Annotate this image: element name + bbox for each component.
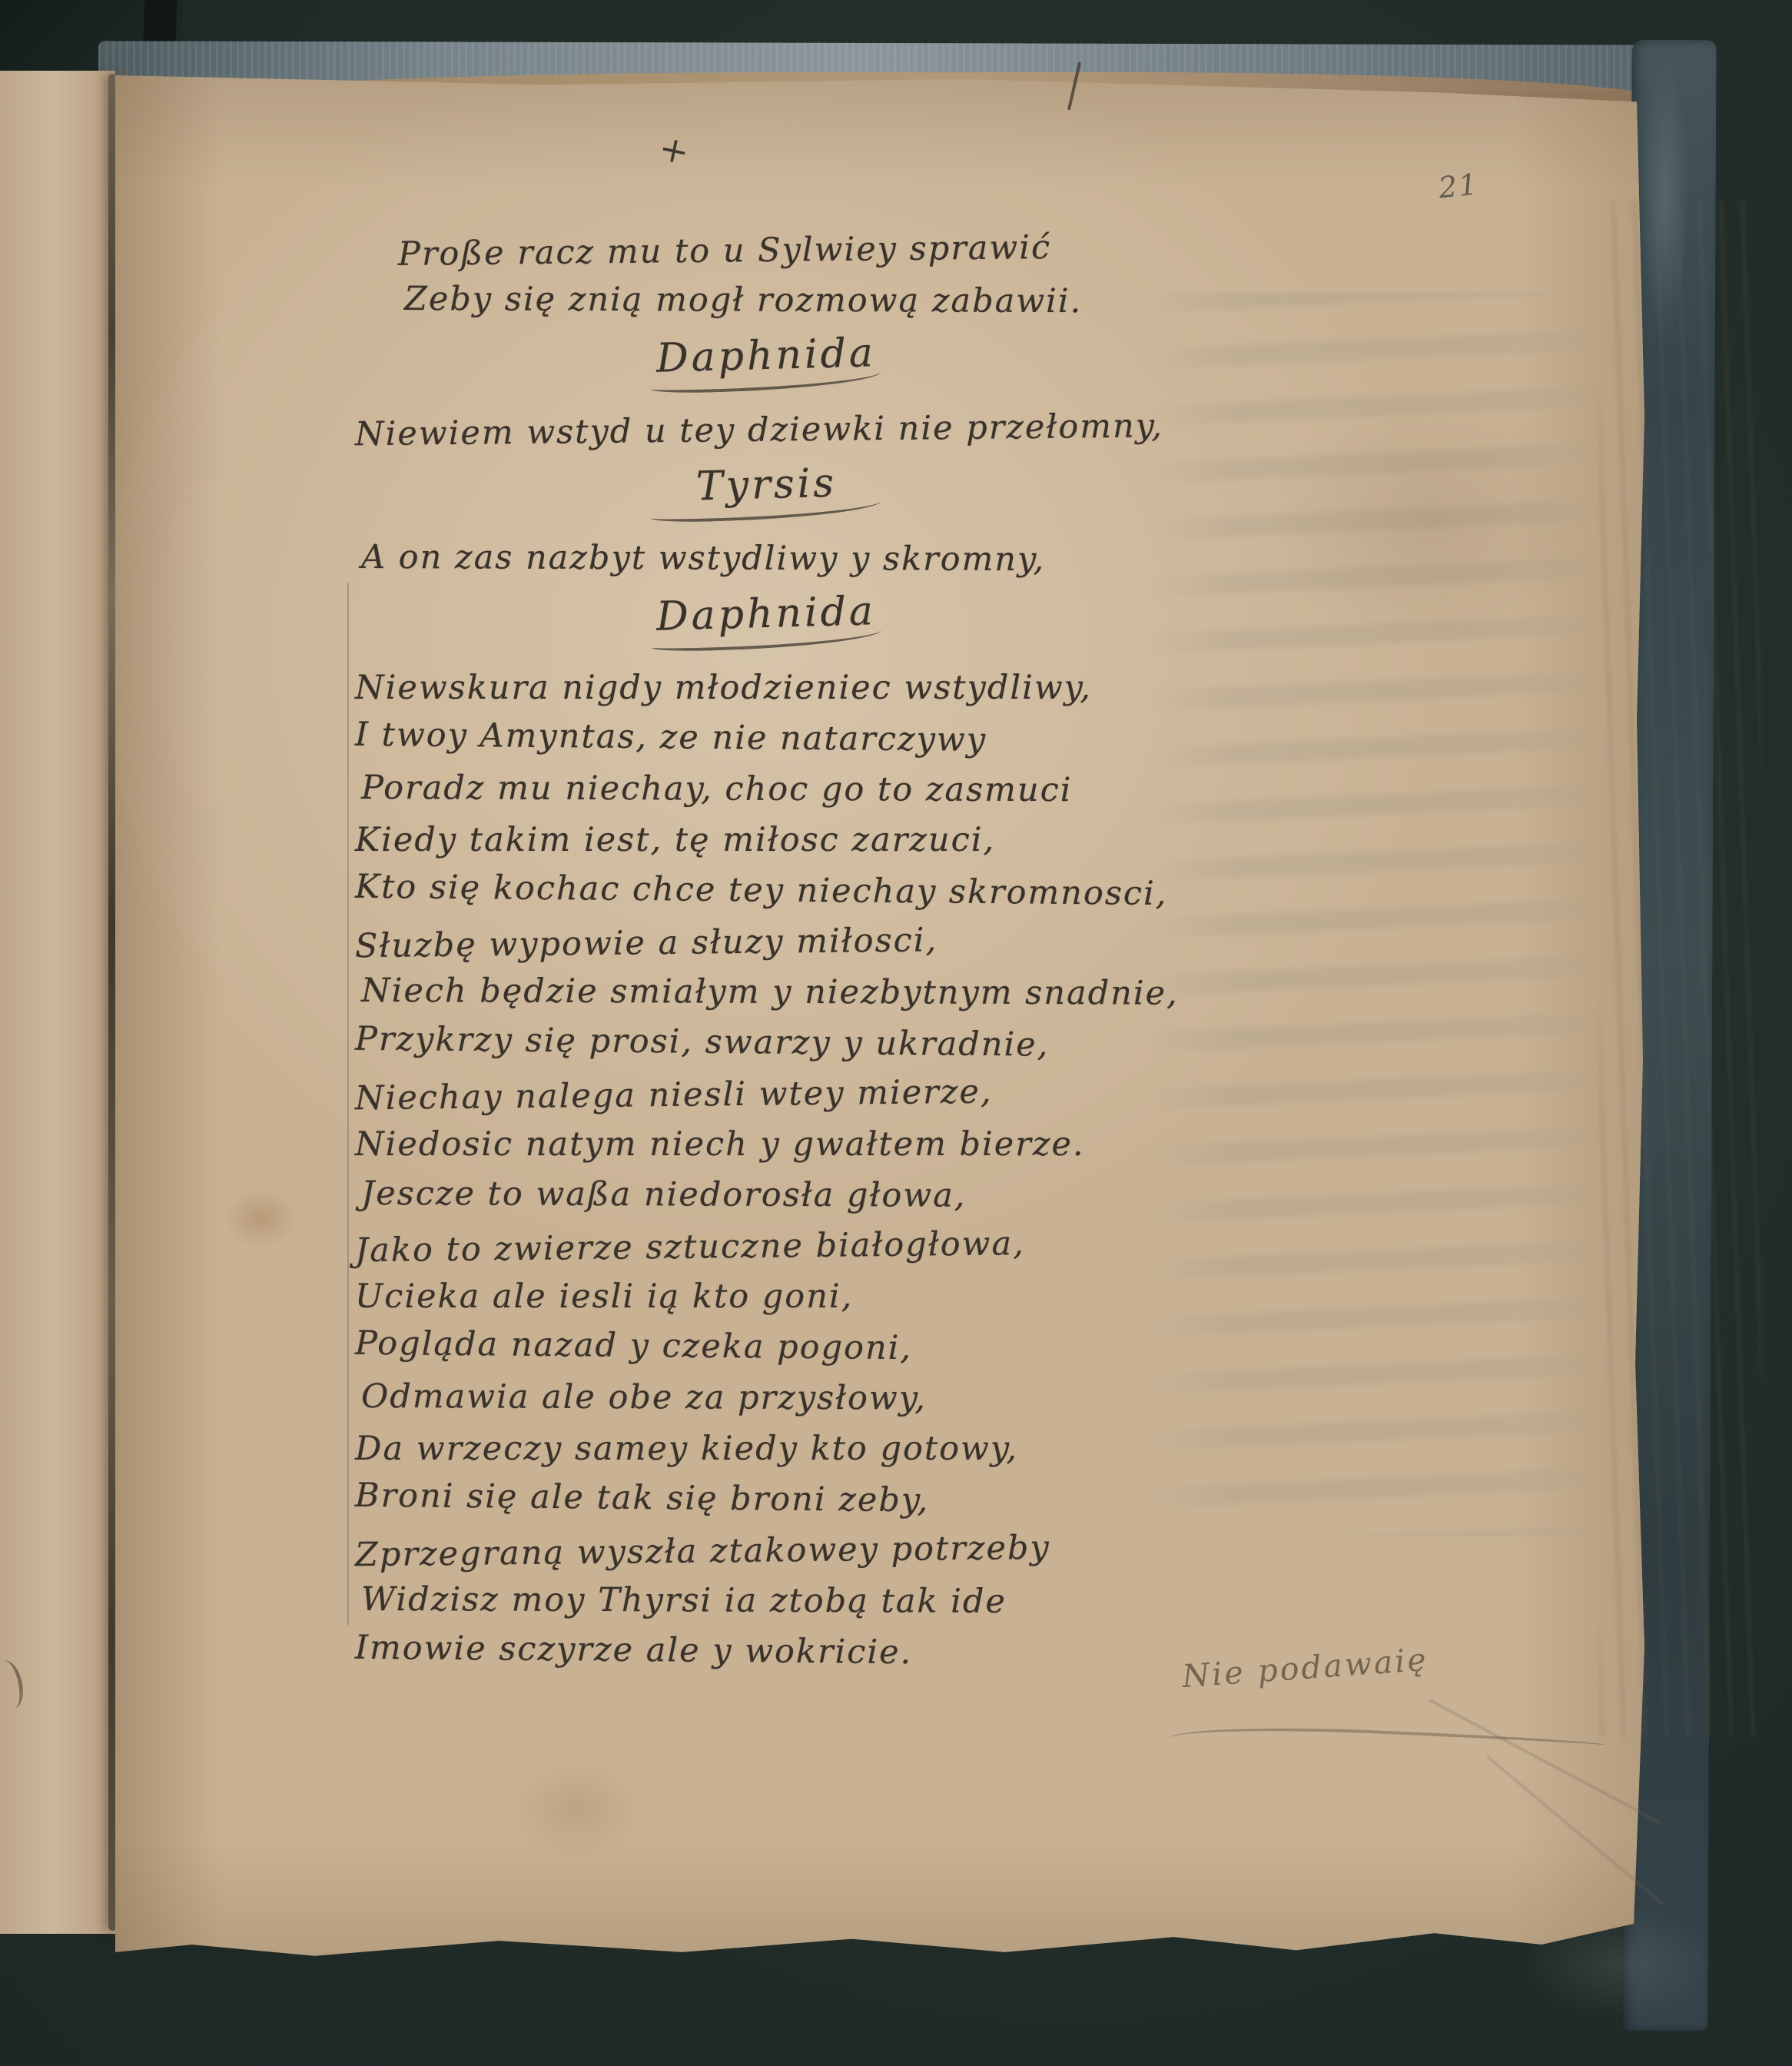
speaker-heading: Tyrsis [355, 463, 1177, 520]
poem-line: Kiedy takim iest, tę miłosc zarzuci, [355, 815, 1269, 865]
poem-line: Ucieka ale iesli ią kto goni, [355, 1271, 1269, 1322]
flourish-underline [651, 500, 882, 523]
poem-line: Słuzbę wypowie a słuzy miłosci, [355, 912, 1270, 972]
text-layer: Proße racz mu to u Sylwiey sprawićZeby s… [355, 224, 1269, 1677]
poem-line: Poradz mu niechay, choc go to zasmuci [361, 762, 1276, 816]
poem-line: I twoy Amyntas, ze nie natarczywy [355, 709, 1270, 768]
pencil-margin-line [347, 583, 349, 1625]
paper-stain [1268, 400, 1591, 646]
speaker-heading: Daphnida [355, 592, 1177, 649]
poem-line: Przykrzy się prosi, swarzy y ukradnie, [355, 1014, 1270, 1072]
poem-line: Kto się kochac chce tey niechay skromnos… [355, 862, 1270, 920]
poem-line: Niechay nalega niesli wtey mierze, [355, 1064, 1270, 1124]
poem-line: Imowie sczyrze ale y wokricie. [355, 1623, 1270, 1681]
poem-line: Broni się ale tak się broni zeby, [355, 1470, 1270, 1529]
manuscript-photo: + 21 Proße racz mu to u Sylwiey sprawićZ… [0, 0, 1792, 2066]
speaker-heading: Daphnida [355, 334, 1177, 390]
poem-line: Niech będzie smiałym y niezbytnym snadni… [361, 965, 1276, 1019]
poem-line: Widzisz moy Thyrsi ia ztobą tak ide [361, 1574, 1276, 1628]
poem-line: Jako to zwierze sztuczne białogłowa, [355, 1216, 1270, 1276]
poem-line: Odmawia ale obe za przysłowy, [361, 1371, 1276, 1425]
poem-line: Proße racz mu to u Sylwiey sprawić [398, 220, 1270, 280]
poem-line: Niedosic natym niech y gwałtem bierze. [355, 1119, 1269, 1170]
poem-line: Jescze to waßa niedorosła głowa, [361, 1168, 1276, 1222]
poem-line: Da wrzeczy samey kiedy kto gotowy, [355, 1423, 1269, 1474]
poem-line: Zeby się znią mogł rozmową zabawii. [404, 274, 1276, 327]
poem-line: Niewiem wstyd u tey dziewki nie przełomn… [355, 400, 1270, 460]
poem-line: A on zas nazbyt wstydliwy y skromny, [361, 532, 1276, 586]
poem-line: Zprzegraną wyszła ztakowey potrzeby [355, 1520, 1270, 1580]
facing-page-edge [0, 71, 115, 1934]
paper-stain [223, 1187, 300, 1249]
poem-line: Pogląda nazad y czeka pogoni, [355, 1318, 1270, 1377]
poem-line: Niewskura nigdy młodzieniec wstydliwy, [355, 663, 1269, 713]
folio-number: 21 [1437, 167, 1481, 204]
paper-wrinkles [1600, 200, 1761, 1737]
paper-stain [507, 1760, 645, 1860]
